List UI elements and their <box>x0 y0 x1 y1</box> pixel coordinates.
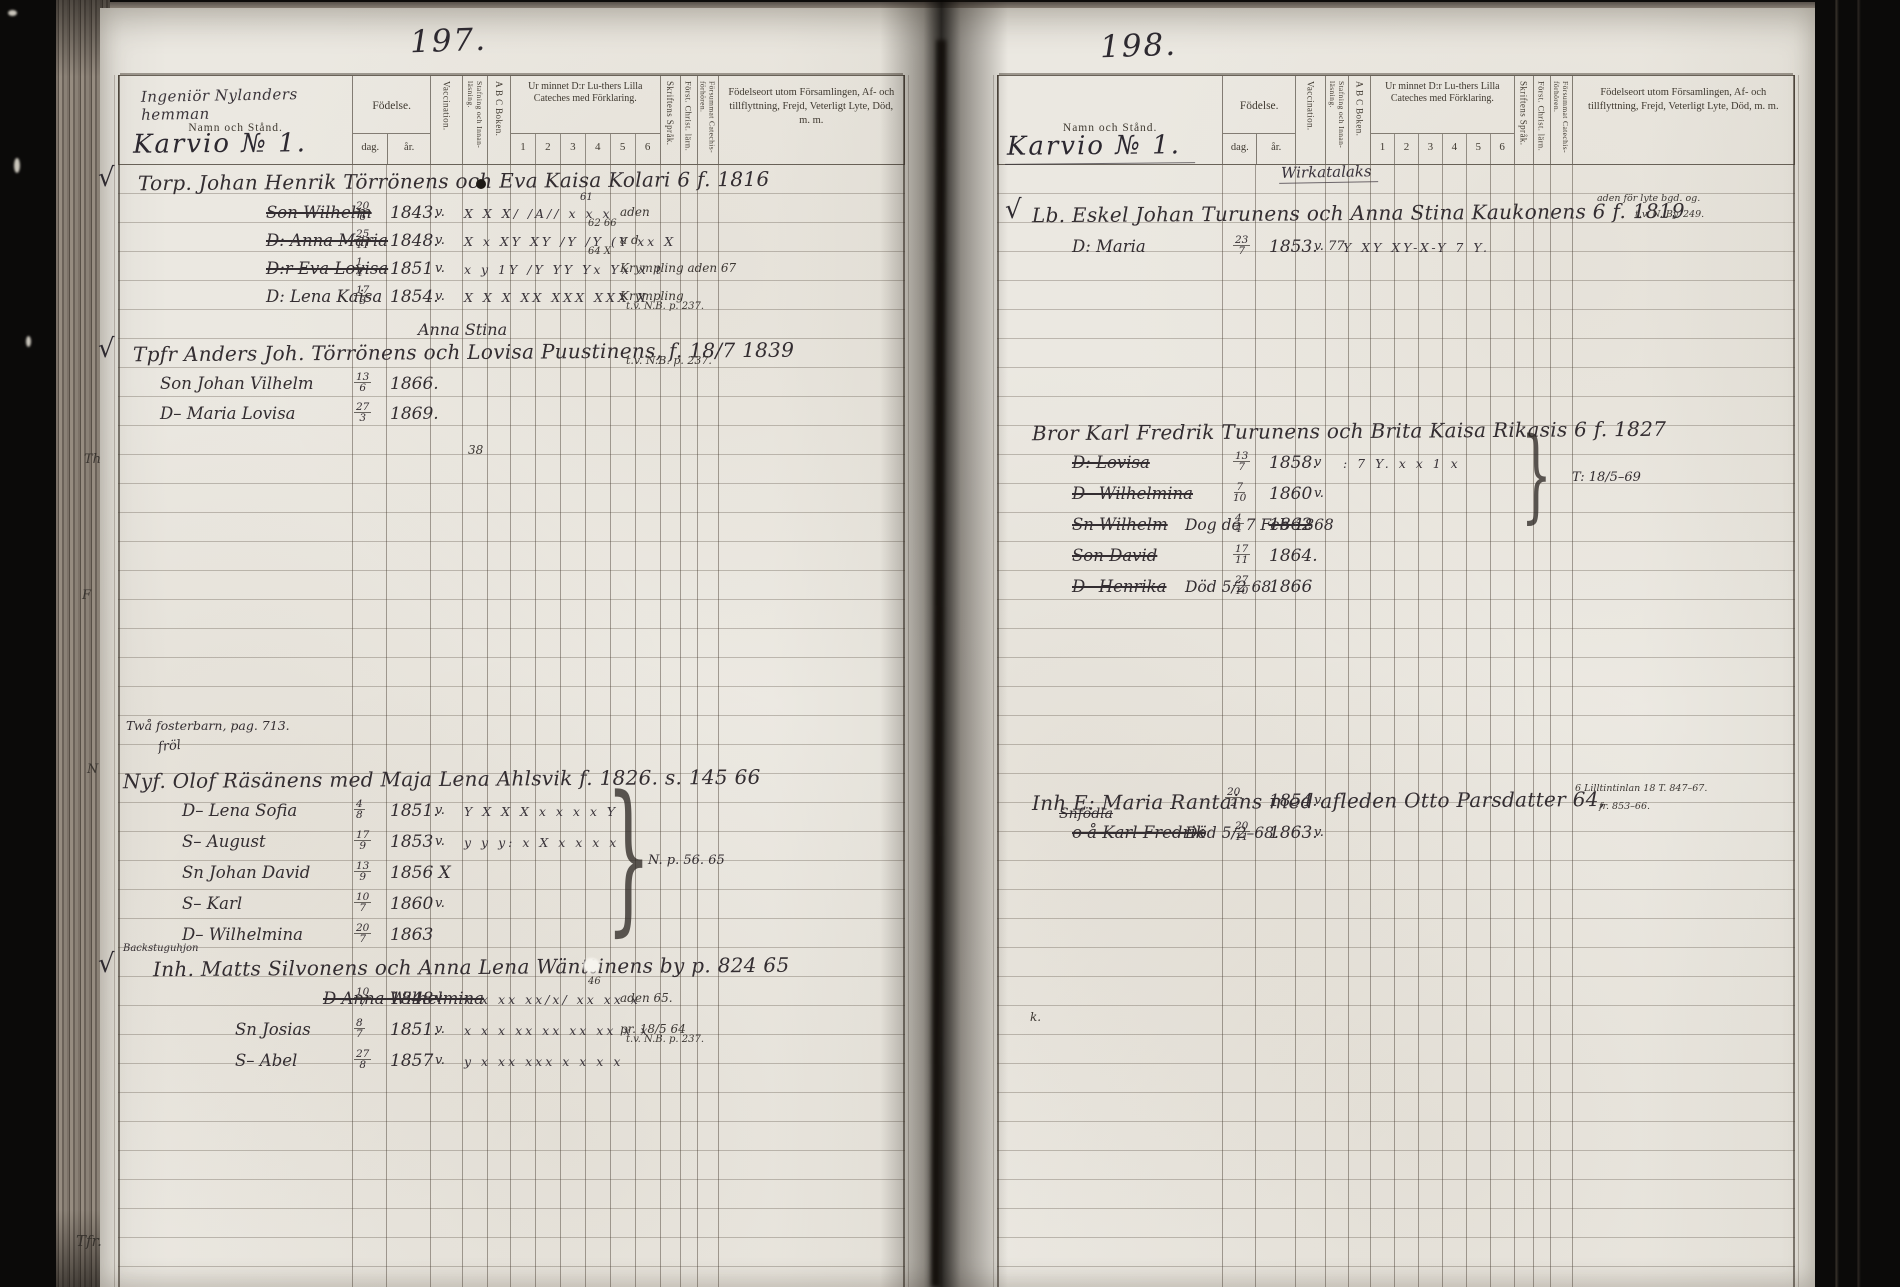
examination-marks: Y XY XY-X-Y 7 Y. <box>1343 240 1490 255</box>
paper-spot <box>583 958 600 973</box>
examination-marks: y x xx xxx x x x x <box>464 1054 623 1069</box>
catechism-label: Ur minnet D:r Lu-thers Lilla Cateches me… <box>513 81 658 105</box>
member-note: aden 65. <box>620 991 673 1005</box>
member-row: D: Anna Maria 2511 1848. v. X x XY XY /Y… <box>118 229 905 257</box>
vaccination-mark: v. <box>435 1053 445 1068</box>
column-rule <box>1798 75 1799 1287</box>
member-name: D– Wilhelmina <box>182 925 303 944</box>
member-name: S– August <box>182 832 266 851</box>
catechism-subcolumns: 123456 <box>1371 133 1514 164</box>
column-rule <box>697 165 698 1287</box>
family-head-note-2: fr. 853–66. <box>1599 801 1650 812</box>
notes-column-header: Födelseort utom Församlingen, Af- och ti… <box>718 76 904 164</box>
ink-blot <box>476 179 486 189</box>
birth-year: 1860 <box>390 894 433 914</box>
family-head-row: √ Lb. Eskel Johan Turunens och Anna Stin… <box>997 199 1795 235</box>
family-head-text: Nyf. Olof Räsänens med Maja Lena Ahlsvik… <box>123 765 761 793</box>
member-row: D– Maria Lovisa 273 1869. <box>118 402 905 432</box>
year-label: år. <box>1256 134 1295 164</box>
member-note: a d <box>620 233 639 247</box>
catechism-subcolumn-number: 6 <box>1490 134 1514 164</box>
brace-note: T: 18/5–69 <box>1572 470 1641 485</box>
column-rule <box>1295 165 1296 1287</box>
member-row: S– Karl 107 1860 v. <box>118 892 905 923</box>
birth-year: 1866. <box>390 374 439 394</box>
column-rule <box>535 165 536 1287</box>
vaccination-mark: v. <box>1314 486 1324 501</box>
death-note: Död 5/2–68. <box>1185 824 1279 842</box>
birth-year: 1863 <box>390 925 433 945</box>
member-note: Krympling aden 67 <box>620 261 736 275</box>
church-book-scan: ThFNTfr. 197. Ingeniör Nylanders hemman … <box>0 0 1900 1287</box>
member-row: o å Karl Fredrik 2011 1863. v. Död 5/2–6… <box>997 821 1795 851</box>
birth-day-month: 136 <box>354 372 371 393</box>
column-rule <box>1255 165 1256 1287</box>
family-head-note-2: t.v. N. By. 249. <box>1635 209 1704 220</box>
left-page: 197. Ingeniör Nylanders hemman Namn och … <box>100 8 940 1287</box>
missed-exam-column-header: Försummat Catechis-förhören. <box>1550 76 1572 164</box>
member-row: D: Lovisa 137 1858. v : 7 Y. x x 1 x <box>997 451 1795 482</box>
village-title: Karvio № 1. <box>1005 130 1195 165</box>
abc-book-column-header: A B C Boken. <box>1348 76 1370 164</box>
column-rule <box>1466 165 1467 1287</box>
column-rule <box>1418 165 1419 1287</box>
birth-day-month: 237 <box>1233 235 1250 256</box>
family-entry: √ Tpfr Anders Joh. Törrönens och Lovisa … <box>118 338 905 432</box>
member-name: D– Lena Sofia <box>182 801 297 820</box>
margin-speck <box>14 158 20 173</box>
christianity-column-header: Först. Christ. lärn. <box>1533 76 1550 164</box>
member-name: Son Johan Vilhelm <box>160 374 314 393</box>
examination-marks: Y X X X x x x x Y <box>464 804 618 819</box>
vaccination-column-header: Vaccination. <box>1295 76 1325 164</box>
margin-speck <box>8 10 17 16</box>
column-rule <box>1370 165 1371 1287</box>
missed-exam-column-header: Försummat Catechis-förhören. <box>697 76 718 164</box>
vaccination-column-header: Vaccination. <box>430 76 462 164</box>
examination-marks: : 7 Y. x x 1 x <box>1343 456 1461 471</box>
margin-speck <box>26 336 31 347</box>
grouping-brace: } <box>1521 421 1552 529</box>
certificate-note: Wirkatalaks <box>1279 162 1378 184</box>
birth-year: 1843. <box>390 203 439 223</box>
birth-day-month: 278 <box>354 1049 371 1070</box>
birth-year: 1869. <box>390 404 439 424</box>
birth-year: 1851. <box>390 801 439 821</box>
margin-scribble: Th <box>84 452 101 467</box>
stray-mark: 38 <box>468 443 483 457</box>
column-rule <box>908 75 909 1287</box>
member-row: D Anna Wilhelmina 107 1848 v x x xx xx/x… <box>118 987 905 1018</box>
birth-year: 1848 <box>390 989 433 1009</box>
family-head-row: √ Tpfr Anders Joh. Törrönens och Lovisa … <box>118 338 905 372</box>
right-black-margin <box>1815 0 1900 1287</box>
column-rule <box>1490 165 1491 1287</box>
column-rule <box>680 165 681 1287</box>
scripture-column-header: Skriftens Språk. <box>660 76 680 164</box>
scribble: fröl <box>157 738 181 755</box>
member-name: D– Wilhelmina <box>1072 484 1193 503</box>
birth-day-month: 2511 <box>354 229 371 250</box>
reading-column-header: Stafning och Innan-läsning. <box>1325 76 1348 164</box>
margin-scribble: Tfr. <box>76 1232 102 1250</box>
catechism-subcolumn-number: 6 <box>635 134 660 164</box>
catechism-subcolumn-number: 1 <box>1371 134 1394 164</box>
member-name: S– Karl <box>182 894 242 913</box>
member-row: Sn Josias 87 1851. v. x x x xx xx xx xx … <box>118 1018 905 1049</box>
member-row: S– Abel 278 1857 v. y x xx xxx x x x x <box>118 1049 905 1080</box>
member-note-2: 46 <box>588 976 601 987</box>
birth-day-month: 14 <box>354 257 365 278</box>
member-name: D– Henrika <box>1072 577 1167 596</box>
column-rule <box>386 165 387 1287</box>
birth-column-header: Födelse. dag. år. <box>352 76 430 164</box>
right-table: 198. Namn och Stånd. Födelse. dag. år. V… <box>997 75 1795 1287</box>
vaccination-mark: v. <box>435 803 445 818</box>
day-label: dag. <box>1223 134 1256 164</box>
birth-day-month: 207 <box>354 923 371 944</box>
member-note-2: t.v. N.B. p. 237. <box>626 301 704 312</box>
column-rule <box>610 165 611 1287</box>
birth-day-month: 202 <box>1225 787 1242 808</box>
day-label: dag. <box>353 134 387 164</box>
member-row: D– Wilhelmina 710 1860 v. <box>997 482 1795 513</box>
column-rule <box>1442 165 1443 1287</box>
family-head-text: Torp. Johan Henrik Törrönens och Eva Kai… <box>138 167 770 195</box>
birth-year: 1864. <box>1269 546 1318 566</box>
column-rule <box>1325 165 1326 1287</box>
family-head-row: √ Inh. Matts Silvonens och Anna Lena Wän… <box>118 953 905 987</box>
birth-day-month: 107 <box>354 892 371 913</box>
birth-column-header: Födelse. dag. år. <box>1222 76 1295 164</box>
birth-day-month: 179 <box>354 830 371 851</box>
left-table: 197. Ingeniör Nylanders hemman Namn och … <box>118 75 905 1287</box>
birth-year: 1854. <box>1269 791 1318 811</box>
family-head-note: t.v. N.B. p. 237. <box>626 354 712 367</box>
member-row: Son Johan Vilhelm 136 1866. <box>118 372 905 402</box>
column-rule <box>1533 165 1534 1287</box>
member-row: Sn Wilhelm 44 1862 Dog de 7 Feb 1868 <box>997 513 1795 544</box>
column-rule <box>1348 165 1349 1287</box>
birth-year: 1858. <box>1269 453 1318 473</box>
birth-label: Födelse. <box>353 100 430 112</box>
member-row: D– Henrika 2710 1866 Död 5/2 68. <box>997 575 1795 606</box>
estate-note: Ingeniör Nylanders hemman <box>141 84 353 124</box>
catechism-column-header: Ur minnet D:r Lu-thers Lilla Cateches me… <box>1370 76 1514 164</box>
margin-scribble: N <box>87 762 98 777</box>
column-rule <box>660 165 661 1287</box>
family-head-row: Bror Karl Fredrik Turunens och Brita Kai… <box>997 417 1795 451</box>
column-rule <box>510 165 511 1287</box>
check-mark: √ <box>1005 195 1022 225</box>
vaccination-mark: v. <box>435 896 445 911</box>
catechism-subcolumn-number: 2 <box>1394 134 1418 164</box>
christianity-column-header: Först. Christ. lärn. <box>680 76 697 164</box>
birth-year: 1851 <box>390 259 433 279</box>
birth-year: 1853 <box>390 832 433 852</box>
catechism-subcolumn-number: 3 <box>1418 134 1442 164</box>
member-name: D:r Eva Lovisa <box>266 259 388 278</box>
member-name: Son David <box>1072 546 1157 565</box>
check-mark: √ <box>98 949 115 979</box>
reading-column-header: Stafning och Innan-läsning. <box>462 76 487 164</box>
vaccination-mark: v. <box>435 205 445 220</box>
catechism-subcolumn-number: 5 <box>1466 134 1490 164</box>
member-row: D– Wilhelmina 207 1863 <box>118 923 905 954</box>
birth-label: Födelse. <box>1223 100 1295 112</box>
birth-year: 1848. <box>390 231 439 251</box>
birth-day-month: 137 <box>1233 451 1250 472</box>
scripture-column-header: Skriftens Språk. <box>1514 76 1533 164</box>
member-note-2: t.v. N.B. p. 237. <box>626 1034 704 1045</box>
birth-year: 1856 X <box>390 863 451 883</box>
birth-day-month: 139 <box>354 861 371 882</box>
family-head-text: Lb. Eskel Johan Turunens och Anna Stina … <box>1032 199 1685 228</box>
vaccination-mark: v <box>435 991 442 1006</box>
column-rule <box>1514 165 1515 1287</box>
birth-day-month: 173 <box>354 285 371 306</box>
column-rule <box>114 75 115 1287</box>
vaccination-mark: v. 77 <box>1314 239 1345 254</box>
member-row: D: Lena Kaisa 173 1854. v. X X X XX XXX … <box>118 285 905 313</box>
birth-day-month: 107 <box>354 987 371 1008</box>
vaccination-mark: v. <box>435 834 445 849</box>
margin-scribble: F <box>82 588 91 603</box>
member-name: Sn Wilhelm <box>1072 515 1168 534</box>
family-entry: Inh E: Maria Rantains med afleden Otto P… <box>997 787 1795 851</box>
notes-column-header: Födelseort utom Församlingen, Af- och ti… <box>1572 76 1794 164</box>
birth-day-month: 87 <box>354 1018 365 1039</box>
member-row: D:r Eva Lovisa 14 1851 v. x y 1Y /Y YY Y… <box>118 257 905 285</box>
column-rule <box>560 165 561 1287</box>
member-note: aden <box>620 205 650 219</box>
catechism-subcolumn-number: 4 <box>1442 134 1466 164</box>
catechism-subcolumns: 123456 <box>511 133 660 164</box>
struck-scribble: Snfödla <box>1059 806 1113 822</box>
family-entry: √ Torp. Johan Henrik Törrönens och Eva K… <box>118 167 905 313</box>
examination-marks: X x XY XY /Y /Y (Y xx X <box>464 234 676 249</box>
member-name: D– Maria Lovisa <box>160 404 296 423</box>
death-note: Dog de 7 Feb 1868 <box>1185 516 1334 534</box>
death-note: Död 5/2 68. <box>1185 578 1276 596</box>
member-note-2: 64 X <box>588 246 611 257</box>
page-number: 197. <box>409 22 487 61</box>
birth-day-month: 48 <box>354 799 365 820</box>
catechism-subcolumn-number: 2 <box>535 134 560 164</box>
family-entry: Bror Karl Fredrik Turunens och Brita Kai… <box>997 417 1795 606</box>
member-row: D– Lena Sofia 48 1851. v. Y X X X x x x … <box>118 799 905 830</box>
examination-marks: x x xx xx/x/ xx xx x <box>464 992 641 1007</box>
catechism-subcolumn-number: 4 <box>585 134 610 164</box>
catechism-column-header: Ur minnet D:r Lu-thers Lilla Cateches me… <box>510 76 660 164</box>
catechism-subcolumn-number: 3 <box>560 134 585 164</box>
vaccination-mark: v. <box>435 1022 445 1037</box>
member-name: S– Abel <box>235 1051 297 1070</box>
family-head-text: Bror Karl Fredrik Turunens och Brita Kai… <box>1032 417 1666 445</box>
member-row: Son Wilhelm 206 1843. v. X X X/ /A// x x… <box>118 201 905 229</box>
family-head-text: Inh. Matts Silvonens och Anna Lena Wäntt… <box>153 953 790 981</box>
abc-book-column-header: A B C Boken. <box>487 76 510 164</box>
catechism-label: Ur minnet D:r Lu-thers Lilla Cateches me… <box>1373 81 1512 105</box>
family-head-note: aden för lyte bgd. og. <box>1597 193 1700 204</box>
birth-year: 1857 <box>390 1051 433 1071</box>
brace-note: N. p. 56. 65 <box>648 853 725 868</box>
member-row: Son David 1711 1864. <box>997 544 1795 575</box>
ruled-lines <box>997 165 1795 1287</box>
check-mark: √ <box>98 163 115 193</box>
catechism-subcolumn-number: 1 <box>511 134 535 164</box>
vaccination-mark: v. <box>1314 825 1324 840</box>
vaccination-mark: v. <box>435 289 445 304</box>
family-head-note: 6 Lilltintinlan 18 T. 847–67. <box>1575 783 1707 794</box>
family-entry: √ Inh. Matts Silvonens och Anna Lena Wän… <box>118 953 905 1080</box>
member-row: S– August 179 1853 v. y y y: x X x x x x <box>118 830 905 861</box>
year-label: år. <box>387 134 430 164</box>
column-rule <box>635 165 636 1287</box>
vaccination-mark: v. <box>1314 793 1324 808</box>
examination-marks: y y y: x X x x x x <box>464 835 619 850</box>
column-rule <box>1394 165 1395 1287</box>
column-rule <box>1572 165 1573 1287</box>
page-number: 198. <box>1099 27 1177 66</box>
corrected-name-above: Anna Stina <box>418 320 507 339</box>
birth-day-month: 710 <box>1233 482 1246 503</box>
birth-day-month: 273 <box>354 402 371 423</box>
check-mark: √ <box>98 334 115 364</box>
family-entry: √ Lb. Eskel Johan Turunens och Anna Stin… <box>997 199 1795 265</box>
column-rule <box>993 75 994 1287</box>
foster-children-note: Twå fosterbarn, pag. 713. <box>126 718 290 733</box>
stray-mark: k. <box>1030 1010 1041 1024</box>
family-head-row: √ Torp. Johan Henrik Törrönens och Eva K… <box>118 167 905 201</box>
vaccination-mark: v <box>1314 455 1321 470</box>
birth-year: 1851. <box>390 1020 439 1040</box>
column-rule <box>1222 165 1223 1287</box>
member-name: D: Lovisa <box>1072 453 1150 472</box>
vaccination-mark: v. <box>435 233 445 248</box>
column-rule <box>585 165 586 1287</box>
member-name: D: Maria <box>1072 237 1146 256</box>
birth-year: 1853. <box>1269 237 1318 257</box>
birth-day-month: 206 <box>354 201 371 222</box>
member-note-2: 62 66 <box>588 218 617 229</box>
family-entry: Nyf. Olof Räsänens med Maja Lena Ahlsvik… <box>118 765 905 954</box>
vaccination-mark: v. <box>435 261 445 276</box>
village-title: Karvio № 1. <box>133 128 307 160</box>
column-rule <box>1550 165 1551 1287</box>
family-head-row: Nyf. Olof Räsänens med Maja Lena Ahlsvik… <box>118 765 905 799</box>
birth-year: 1860 <box>1269 484 1312 504</box>
catechism-subcolumn-number: 5 <box>610 134 635 164</box>
grouping-brace: } <box>606 771 651 944</box>
member-name: Sn Johan David <box>182 863 310 882</box>
member-name: Sn Josias <box>235 1020 311 1039</box>
family-head-row: Inh E: Maria Rantains med afleden Otto P… <box>997 787 1795 821</box>
birth-year: 1854. <box>390 287 439 307</box>
member-row: D: Maria 237 1853. v. 77 Y XY XY-X-Y 7 Y… <box>997 235 1795 265</box>
right-page: 198. Namn och Stånd. Födelse. dag. år. V… <box>940 8 1815 1287</box>
column-rule <box>352 165 353 1287</box>
member-row: Sn Johan David 139 1856 X <box>118 861 905 892</box>
column-rule <box>718 165 719 1287</box>
birth-day-month: 1711 <box>1233 544 1250 565</box>
